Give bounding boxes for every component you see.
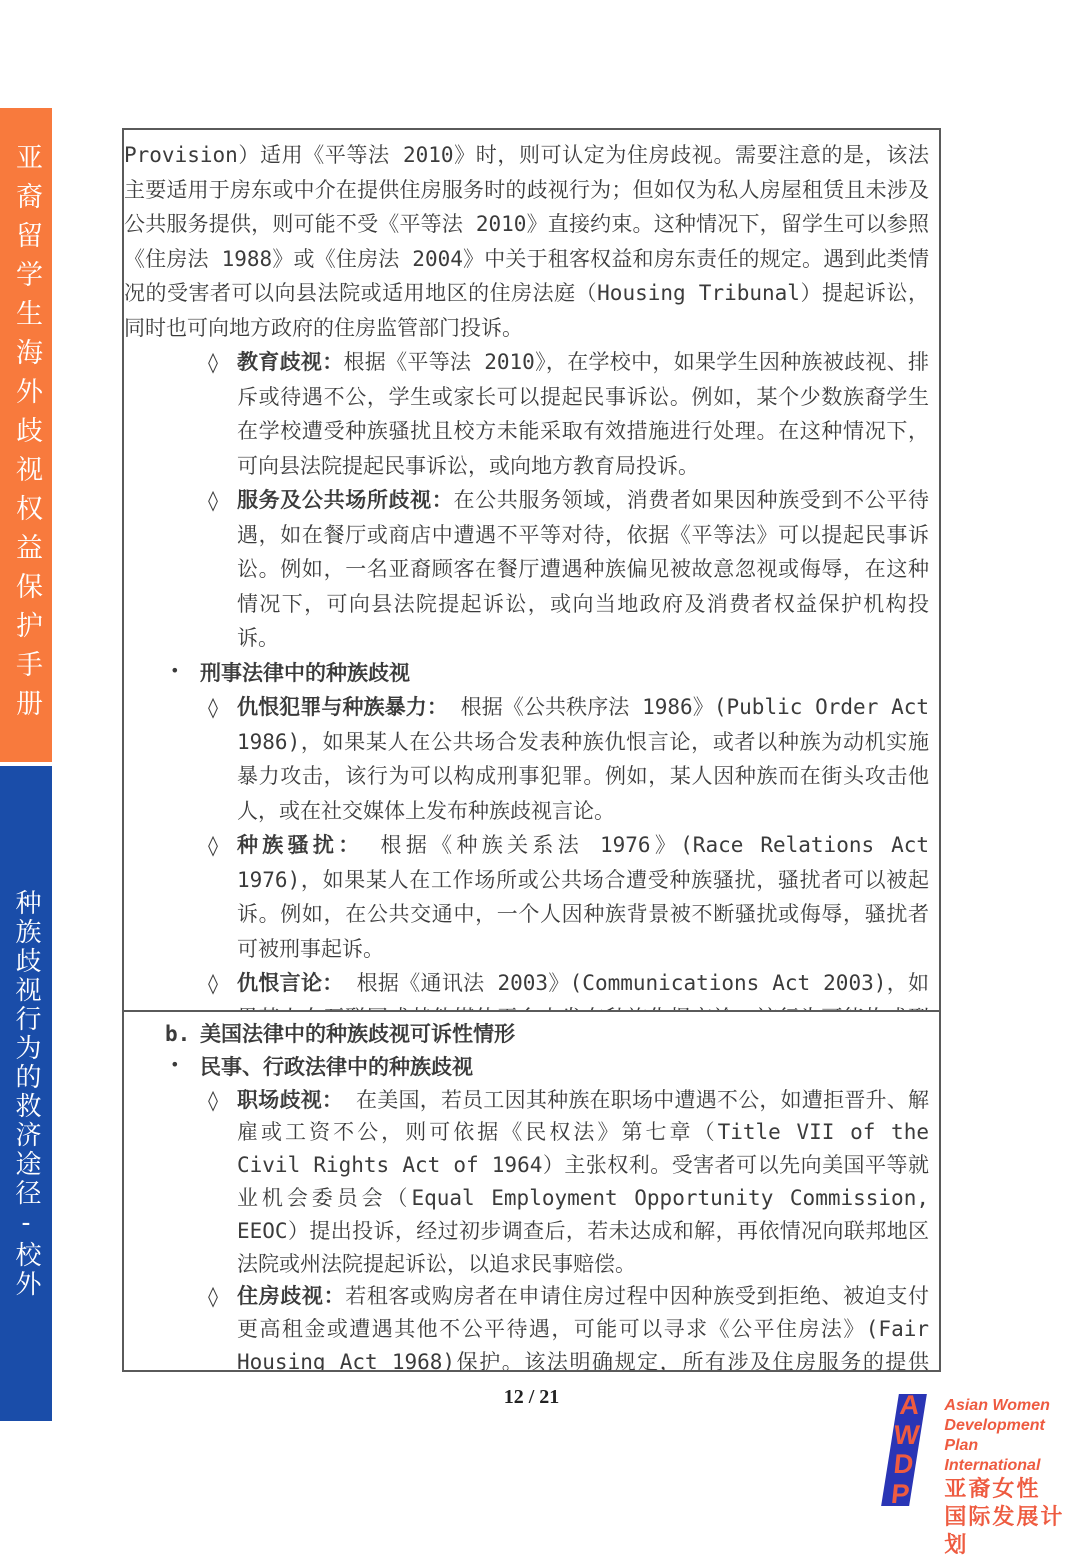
us-section-heading-row: b. 美国法律中的种族歧视可诉性情形 [124,1018,929,1051]
us-section-cell: b. 美国法律中的种族歧视可诉性情形 • 民事、行政法律中的种族歧视 ◊ 职场歧… [124,1010,939,1370]
us-civil-heading: 民事、行政法律中的种族歧视 [200,1055,473,1079]
list-item-racial-harassment: ◊ 种族骚扰： 根据《种族关系法 1976》(Race Relations Ac… [124,828,929,966]
item-term: 仇恨犯罪与种族暴力： [237,695,448,719]
list-item-housing: ◊ 住房歧视：若租客或购房者在申请住房过程中因种族受到拒绝、被迫支付更高租金或遭… [124,1280,929,1370]
item-term: 服务及公共场所歧视： [237,488,453,512]
awdp-logo-mark-icon: A W D P [874,1392,932,1512]
handbook-title-vertical: 亚裔留学生海外歧视权益保护手册 [0,143,52,728]
diamond-bullet-icon: ◊ [207,966,219,1001]
logo-zh-line-2: 国际发展计划 [944,1504,1080,1560]
diamond-bullet-icon: ◊ [207,345,219,380]
list-item-education: ◊ 教育歧视：根据《平等法 2010》，在学校中，如果学生因种族被歧视、排斥或待… [124,345,929,483]
logo-zh-line-1: 亚裔女性 [944,1476,1080,1504]
chapter-title-vertical: 种族歧视行为的救济途径-校外 [0,889,52,1299]
list-item-hate-crime: ◊ 仇恨犯罪与种族暴力： 根据《公共秩序法 1986》(Public Order… [124,690,929,828]
item-term: 住房歧视： [237,1284,345,1308]
logo-letter-a: A [899,1392,921,1419]
list-item-hate-speech: ◊ 仇恨言论： 根据《通讯法 2003》(Communications Act … [124,966,929,1010]
uk-section-cell: Provision）适用《平等法 2010》时，则可认定为住房歧视。需要注意的是… [124,130,939,1010]
item-body: 在美国，若员工因其种族在职场中遭遇不公，如遭拒晋升、解雇或工资不公，则可依据《民… [237,1088,929,1276]
us-section-heading: 美国法律中的种族歧视可诉性情形 [200,1022,515,1046]
logo-en-line-3: International [944,1456,1080,1476]
logo-letter-d: D [892,1451,914,1478]
dot-bullet-icon: • [170,1049,180,1082]
item-body: 在公共服务领域，消费者如果因种族受到不公平待遇，如在餐厅或商店中遭遇不平等对待，… [237,488,929,650]
logo-text-block: Asian Women Development Plan Internation… [944,1392,1080,1560]
diamond-bullet-icon: ◊ [207,828,219,863]
us-civil-heading-row: • 民事、行政法律中的种族歧视 [124,1051,929,1084]
item-term: 种族骚扰： [237,833,364,857]
dot-bullet-icon: • [170,654,180,689]
logo-letter-w: W [892,1422,920,1449]
diamond-bullet-icon: ◊ [207,1084,219,1117]
logo-en-line-2: Development Plan [944,1416,1080,1456]
diamond-bullet-icon: ◊ [207,690,219,725]
logo-letter-p: P [890,1481,911,1508]
diamond-bullet-icon: ◊ [207,1280,219,1313]
sidebar-blue-band: 种族歧视行为的救济途径-校外 [0,766,52,1421]
logo-en-line-1: Asian Women [944,1396,1080,1416]
item-term: 仇恨言论： [237,971,344,995]
list-item-services: ◊ 服务及公共场所歧视：在公共服务领域，消费者如果因种族受到不公平待遇，如在餐厅… [124,483,929,656]
awdp-logo: A W D P Asian Women Development Plan Int… [874,1392,1080,1560]
intro-paragraph: Provision）适用《平等法 2010》时，则可认定为住房歧视。需要注意的是… [124,138,929,345]
item-term: 教育歧视： [237,350,344,374]
item-term: 职场歧视： [237,1088,343,1112]
diamond-bullet-icon: ◊ [207,483,219,518]
content-table: Provision）适用《平等法 2010》时，则可认定为住房歧视。需要注意的是… [122,128,941,1372]
us-section-label: b. [165,1018,190,1051]
criminal-law-heading: 刑事法律中的种族歧视 [200,661,410,685]
list-item-workplace: ◊ 职场歧视： 在美国，若员工因其种族在职场中遭遇不公，如遭拒晋升、解雇或工资不… [124,1084,929,1281]
sidebar-orange-band: 亚裔留学生海外歧视权益保护手册 [0,108,52,762]
page-number: 12 / 21 [122,1386,941,1409]
criminal-law-heading-row: • 刑事法律中的种族歧视 [124,656,929,691]
